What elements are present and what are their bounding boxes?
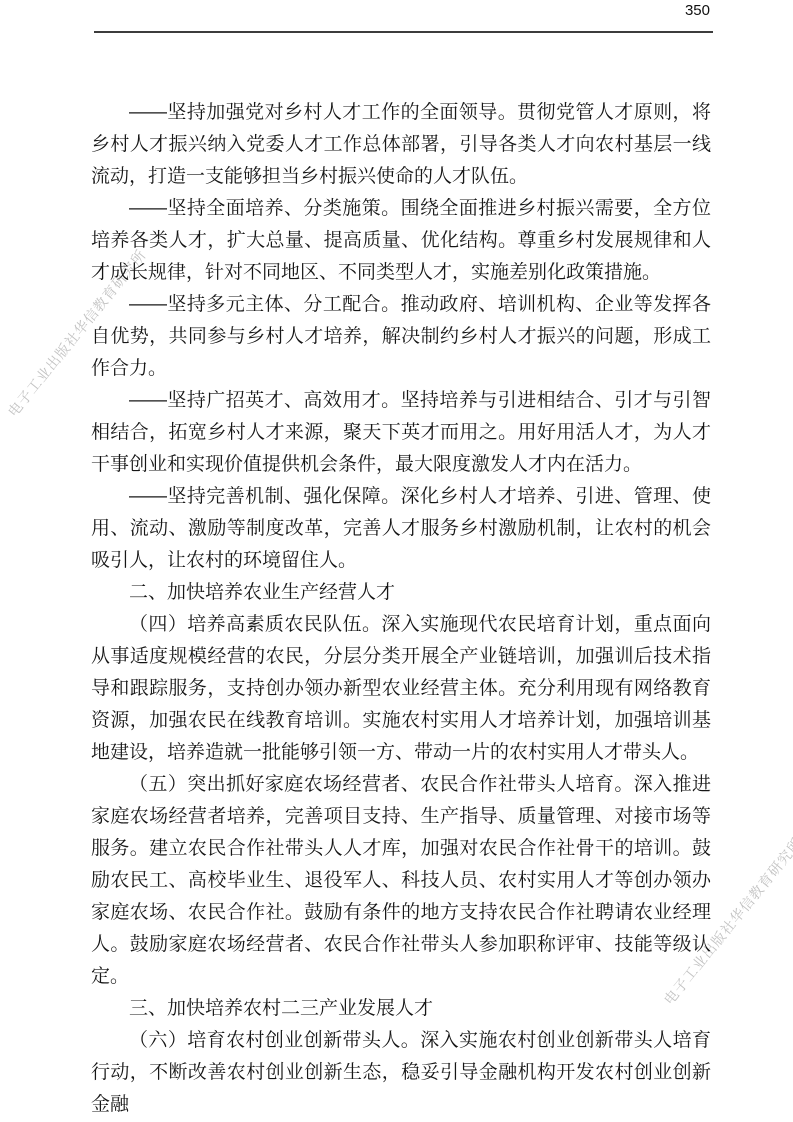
section-heading: 三、加快培养农村二三产业发展人才 bbox=[91, 993, 711, 1025]
body-paragraph: ——坚持广招英才、高效用才。坚持培养与引进相结合、引才与引智相结合，拓宽乡村人才… bbox=[91, 385, 711, 481]
body-paragraph: ——坚持加强党对乡村人才工作的全面领导。贯彻党管人才原则，将乡村人才振兴纳入党委… bbox=[91, 97, 711, 193]
document-body: ——坚持加强党对乡村人才工作的全面领导。贯彻党管人才原则，将乡村人才振兴纳入党委… bbox=[91, 97, 711, 1121]
header-rule bbox=[94, 31, 713, 33]
body-paragraph: ——坚持全面培养、分类施策。围绕全面推进乡村振兴需要，全方位培养各类人才，扩大总… bbox=[91, 193, 711, 289]
body-paragraph: （四）培养高素质农民队伍。深入实施现代农民培育计划，重点面向从事适度规模经营的农… bbox=[91, 609, 711, 769]
page-number: 350 bbox=[685, 2, 710, 19]
body-paragraph: ——坚持完善机制、强化保障。深化乡村人才培养、引进、管理、使用、流动、激励等制度… bbox=[91, 481, 711, 577]
body-paragraph: ——坚持多元主体、分工配合。推动政府、培训机构、企业等发挥各自优势，共同参与乡村… bbox=[91, 289, 711, 385]
body-paragraph: （五）突出抓好家庭农场经营者、农民合作社带头人培育。深入推进家庭农场经营者培养，… bbox=[91, 769, 711, 993]
body-paragraph: （六）培育农村创业创新带头人。深入实施农村创业创新带头人培育行动，不断改善农村创… bbox=[91, 1025, 711, 1121]
section-heading: 二、加快培养农业生产经营人才 bbox=[91, 577, 711, 609]
